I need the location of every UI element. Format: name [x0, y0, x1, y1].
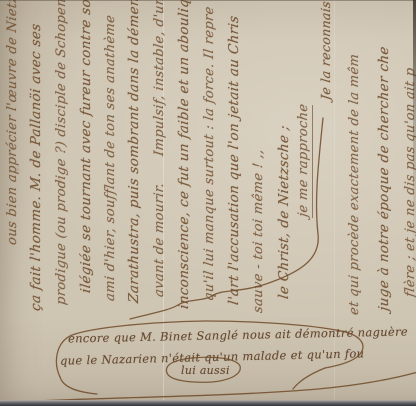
manuscript-line-text: qu'il lui manque surtout : la force. Il …: [202, 5, 217, 301]
manuscript-line-text: Zarathustra, puis sombrant dans la démen: [127, 0, 142, 304]
paper-crease: [334, 0, 335, 406]
manuscript-line-text: juge à notre époque de chercher che: [377, 45, 392, 311]
manuscript-line-text: avant de mourir. Impulsif, instable, d'u…: [152, 0, 167, 298]
manuscript-line-text: l'art l'accusation que l'on jetait au Ch…: [227, 15, 242, 306]
manuscript-line-text: inconscience, ce fut un faible et un abo…: [177, 0, 192, 310]
manuscript-line-text: ous bien apprécier l'œuvre de Nietzsch: [5, 0, 20, 246]
annotation-line-1: encore que M. Binet Sanglé nous ait démo…: [68, 324, 408, 345]
annotation-bubble-right: [293, 368, 325, 389]
manuscript-line-text: prodigue (ou prodige ?) disciple de Scho…: [54, 0, 69, 306]
photo-edge-bottom: [0, 400, 416, 406]
manuscript-line-text: ça fait l'homme. M. de Pallanöi avec ses: [29, 23, 44, 312]
underlined-insert-text: je me rapproche: [296, 103, 313, 218]
photo-edge-top: [0, 0, 416, 1]
manuscript-line-text: le Christ, de Nietzsche ;: [277, 124, 292, 300]
manuscript-photo: ous bien apprécier l'œuvre de Nietzsch ç…: [0, 0, 416, 406]
manuscript-line-text: sauve - toi toi même ! ,,: [251, 144, 266, 314]
manuscript-line-text: Je la reconnais ca: [318, 0, 333, 101]
manuscript-line-text: et qui procède exactement de la mêm: [347, 53, 362, 316]
annotation-circled-words: lui aussi: [181, 364, 230, 377]
annotation-bubble-left: [60, 377, 97, 394]
manuscript-line-text: ami d'hier, soufflant de ton ses anathèm…: [103, 14, 118, 302]
manuscript-line-text: ilégiée se tournant avec fureur contre s…: [79, 0, 94, 294]
